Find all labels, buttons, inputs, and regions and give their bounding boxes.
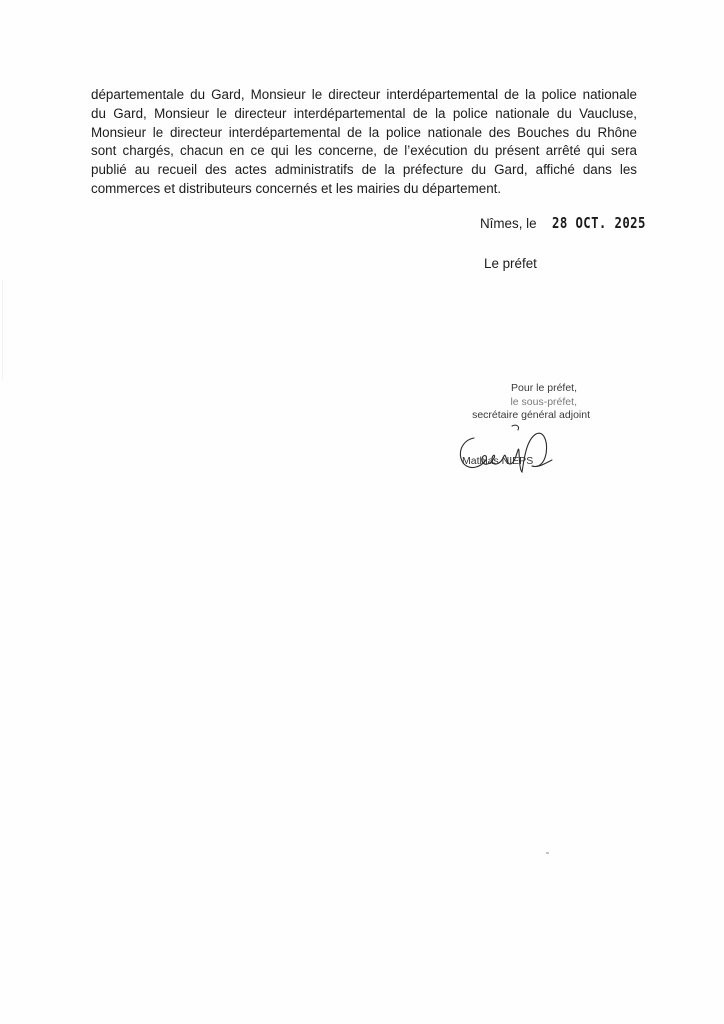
signature-line-2: le sous-préfet, — [420, 396, 590, 410]
body-line: départementale du Gard, Monsieur le dire… — [91, 86, 637, 105]
signature-line-1: Pour le préfet, — [420, 382, 590, 396]
handwritten-signature-icon — [452, 420, 562, 476]
document-page: départementale du Gard, Monsieur le dire… — [0, 0, 724, 1024]
body-line: commerces et distributeurs concernés et … — [91, 180, 637, 199]
body-line: Monsieur le directeur interdépartemental… — [91, 124, 637, 143]
document-body-paragraph: départementale du Gard, Monsieur le dire… — [91, 86, 637, 199]
signature-block: Pour le préfet, le sous-préfet, secrétai… — [420, 382, 590, 423]
place-label: Nîmes, le — [480, 216, 537, 231]
scan-edge-artifact — [2, 280, 3, 380]
body-line: publié au recueil des actes administrati… — [91, 161, 637, 180]
body-line: du Gard, Monsieur le directeur interdépa… — [91, 105, 637, 124]
date-stamp: 28 OCT. 2025 — [552, 214, 646, 232]
signatory-title: Le préfet — [484, 256, 537, 271]
signatory-name: Mathias NIEPS — [462, 455, 533, 467]
scan-speck-artifact — [546, 852, 549, 854]
body-line: sont chargés, chacun en ce qui les conce… — [91, 142, 637, 161]
